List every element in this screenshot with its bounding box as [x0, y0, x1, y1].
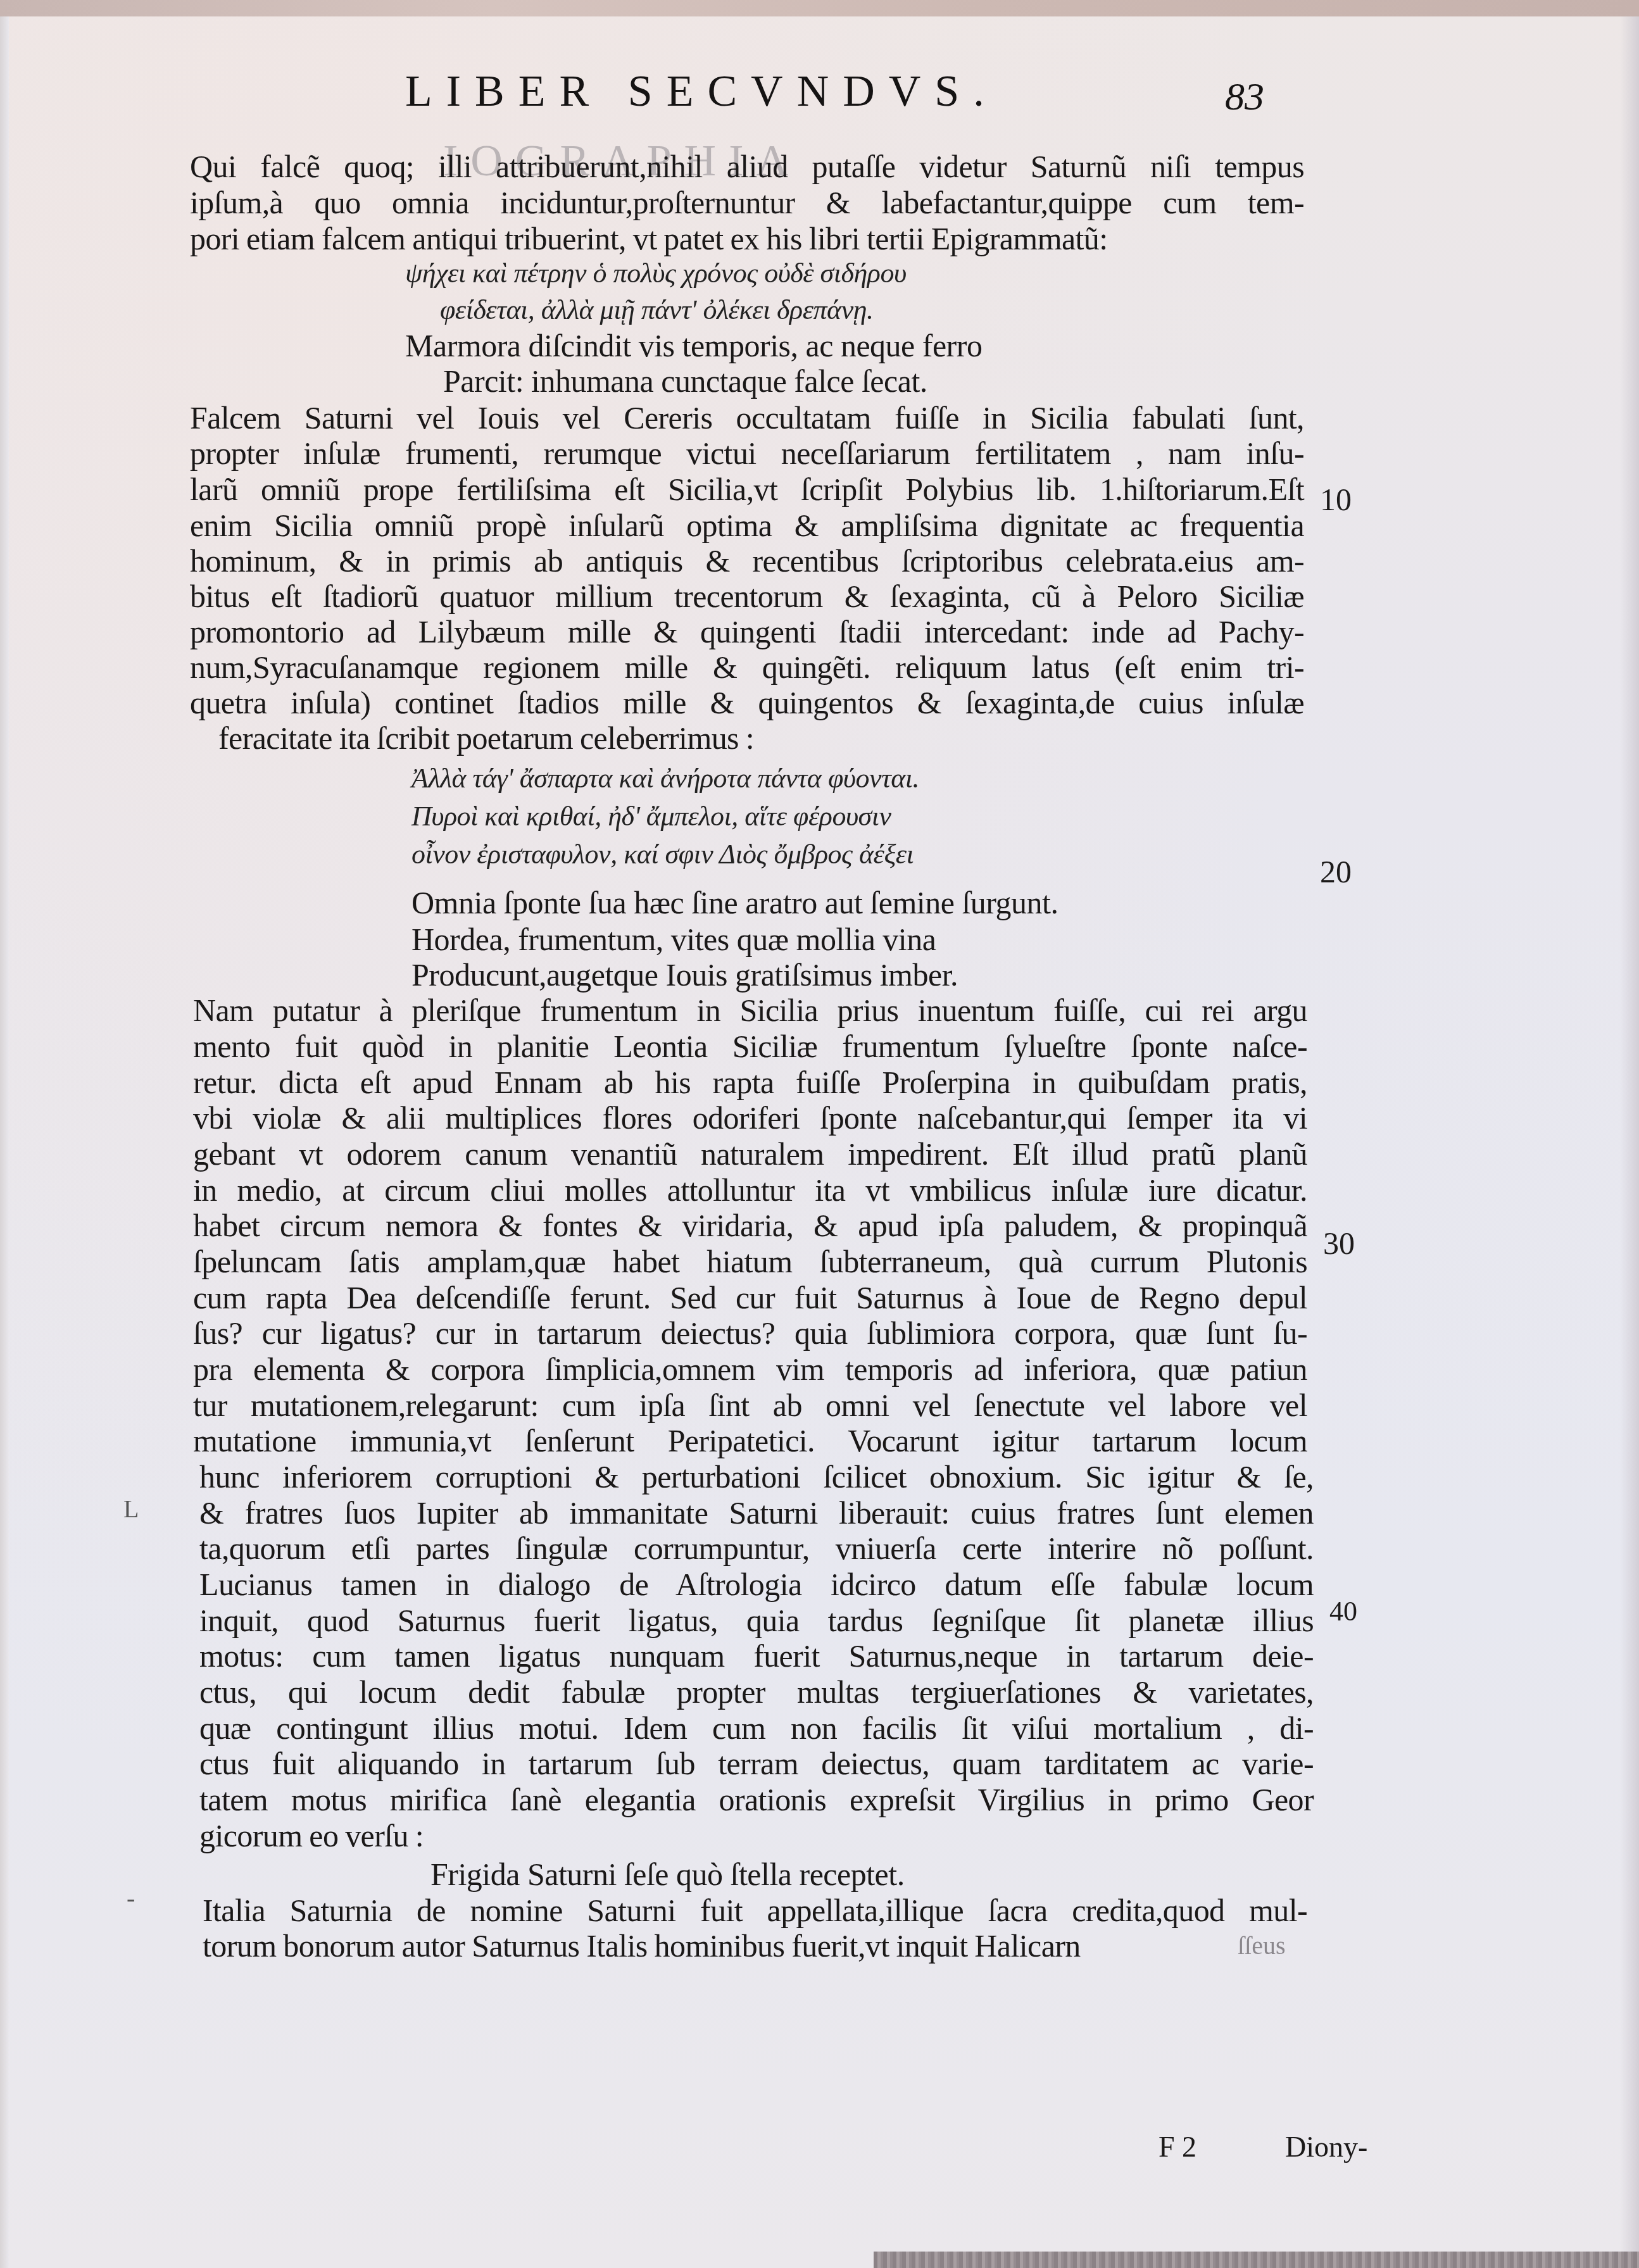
text-line: gicorum eo verſu : [199, 1818, 1314, 1853]
text-line: vbi violæ & alii multiplices flores odor… [193, 1100, 1307, 1136]
text-line: promontorio ad Lilybæum mille & quingent… [190, 614, 1304, 649]
text-line: hunc inferiorem corruptioni & perturbati… [199, 1459, 1314, 1494]
text-line: Lucianus tamen in dialogo de Aſtrologia … [199, 1567, 1314, 1602]
signature-mark: F 2 [1159, 2130, 1196, 2164]
text-line: hominum, & in primis ab antiquis & recen… [190, 543, 1304, 579]
verse-line: Producunt,augetque Iouis gratiſsimus imb… [411, 957, 958, 993]
line-number: 40 [1329, 1595, 1357, 1627]
text-line: ſpeluncam ſatis amplam,quæ habet hiatum … [193, 1244, 1307, 1279]
text-line: ctus, qui locum dedit fabulæ propter mul… [199, 1674, 1314, 1710]
running-head: LIBER SECVNDVS. [405, 66, 998, 117]
text-line: bitus eſt ſtadiorũ quatuor millium trece… [190, 579, 1304, 614]
page-bottom-edge [874, 2252, 1639, 2268]
text-line: larũ omniũ prope fertiliſsima eſt Sicili… [190, 472, 1304, 507]
pencil-mark: - [127, 1883, 135, 1913]
text-line: habet circum nemora & fontes & viridaria… [193, 1208, 1307, 1243]
greek-verse-line: Ἀλλὰ τάγ' ἄσπαρτα καὶ ἀνήροτα πάντα φύον… [411, 761, 919, 796]
catchword: Diony- [1285, 2130, 1367, 2164]
text-line: Qui falcẽ quoq; illi attribuerunt,nihil … [190, 149, 1304, 184]
greek-verse-line: ψήχει καὶ πέτρην ὁ πολὺς χρόνος οὐδὲ σιδ… [405, 256, 907, 291]
text-line: & fratres ſuos Iupiter ab immanitate Sat… [199, 1495, 1314, 1531]
text-line: Italia Saturnia de nomine Saturni fuit a… [203, 1893, 1307, 1928]
text-line: ipſum,à quo omnia inciduntur,proſternunt… [190, 185, 1304, 220]
text-line: ſus? cur ligatus? cur in tartarum deiect… [193, 1315, 1307, 1351]
text-line: gebant vt odorem canum venantiũ naturale… [193, 1136, 1307, 1172]
pencil-mark: L [123, 1494, 139, 1524]
text-line: mutatione immunia,vt ſenſerunt Peripatet… [193, 1423, 1307, 1458]
greek-verse-line: Πυροὶ καὶ κριθαί, ἠδ' ἄμπελοι, αἵτε φέρο… [411, 799, 891, 834]
folio-number: 83 [1225, 75, 1264, 120]
text-line: mento fuit quòd in planitie Leontia Sici… [193, 1029, 1307, 1064]
greek-verse-line: φείδεται, ἀλλὰ μιῇ πάντ' ὀλέκει δρεπάνῃ. [440, 292, 874, 328]
text-line: motus: cum tamen ligatus nunquam fuerit … [199, 1638, 1314, 1674]
text-line: in medio, at circum cliui molles attollu… [193, 1172, 1307, 1208]
page-top-edge [0, 0, 1639, 16]
book-page: IOGRAPHIA LIBER SECVNDVS. 83 Qui falcẽ q… [0, 0, 1639, 2268]
text-line: Nam putatur à pleriſque frumentum in Sic… [193, 993, 1307, 1028]
text-line: tatem motus mirifica ſanè elegantia orat… [199, 1782, 1314, 1817]
text-line: propter inſulæ frumenti, rerumque victui… [190, 435, 1304, 471]
text-line: cum rapta Dea deſcendiſſe ferunt. Sed cu… [193, 1280, 1307, 1315]
text-line: pori etiam falcem antiqui tribuerint, vt… [190, 221, 1304, 256]
text-line: ta,quorum etſi partes ſingulæ corrumpunt… [199, 1531, 1314, 1566]
line-number: 30 [1323, 1225, 1355, 1262]
line-number: 10 [1320, 481, 1352, 518]
text-line: retur. dicta eſt apud Ennam ab his rapta… [193, 1065, 1307, 1100]
verse-line: Frigida Saturni ſeſe quò ſtella receptet… [430, 1857, 905, 1892]
page-right-shadow [1620, 16, 1639, 2268]
text-line: feracitate ita ſcribit poetarum celeberr… [218, 720, 1333, 756]
text-line: quæ contingunt illius motui. Idem cum no… [199, 1710, 1314, 1746]
text-line: ctus fuit aliquando in tartarum ſub terr… [199, 1746, 1314, 1781]
text-line: inquit, quod Saturnus fuerit ligatus, qu… [199, 1603, 1314, 1638]
page-left-edge [0, 16, 9, 2268]
text-line: torum bonorum autor Saturnus Italis homi… [203, 1928, 1215, 1964]
verse-line: Marmora diſcindit vis temporis, ac neque… [405, 328, 982, 363]
text-line: quetra inſula) continet ſtadios mille & … [190, 685, 1304, 720]
text-line: num,Syracuſanamque regionem mille & quin… [190, 649, 1304, 685]
text-line: enim Sicilia omniũ propè inſularũ optima… [190, 508, 1304, 543]
line-number: 20 [1320, 853, 1352, 890]
text-line: pra elementa & corpora ſimplicia,omnem v… [193, 1351, 1307, 1387]
verse-line: Parcit: inhumana cunctaque falce ſecat. [443, 363, 927, 399]
verse-line: Hordea, frumentum, vites quæ mollia vina [411, 922, 936, 957]
verse-line: Omnia ſponte ſua hæc ſine aratro aut ſem… [411, 885, 1058, 920]
greek-verse-line: οἶνον ἐρισταφυλον, καί σφιν Διὸς ὄμβρος … [411, 837, 914, 872]
margin-insertion: ſſeus [1238, 1931, 1286, 1960]
text-line: tur mutationem,relegarunt: cum ipſa ſint… [193, 1388, 1307, 1423]
text-line: Falcem Saturni vel Iouis vel Cereris occ… [190, 400, 1304, 435]
